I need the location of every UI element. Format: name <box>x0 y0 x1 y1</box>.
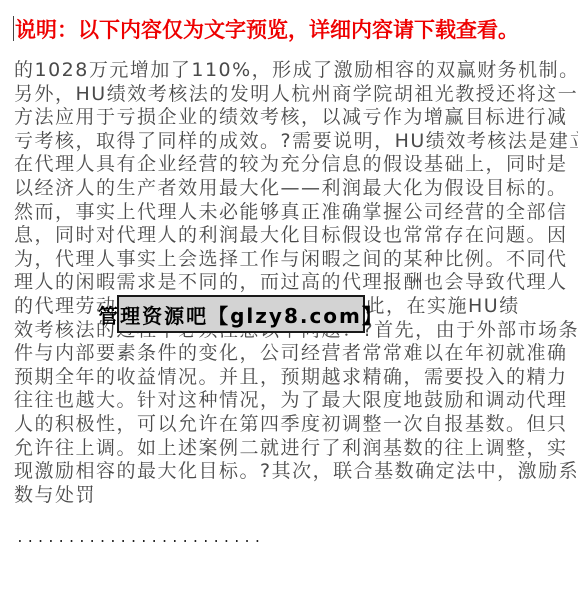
text-line: 息，同时对代理人的利润最大化目标假设也常常存在问题。因 <box>14 224 570 248</box>
document-body: 的1028万元增加了110%，形成了激励相容的双赢财务机制。? 另外，HU绩效考… <box>14 59 570 507</box>
text-line: 人的积极性，可以允许在第四季度初调整一次自报基数。但只 <box>14 413 570 437</box>
site-watermark-stamp: 管理资源吧【glzy8.com】 <box>117 295 365 333</box>
text-line: 为，代理人事实上会选择工作与闲暇之间的某种比例。不同代 <box>14 248 570 272</box>
truncation-dots: ........................ <box>16 531 264 546</box>
text-line: 在代理人具有企业经营的较为充分信息的假设基础上，同时是 <box>14 153 570 177</box>
document-preview-page: 说明：以下内容仅为文字预览，详细内容请下载查看。 的1028万元增加了110%，… <box>0 0 578 600</box>
text-cursor <box>13 16 14 41</box>
text-line: 方法应用于亏损企业的绩效考核，以减亏作为增赢目标进行减 <box>14 106 570 130</box>
text-line: 往往也越大。针对这种情况，为了最大限度地鼓励和调动代理 <box>14 389 570 413</box>
text-segment-right: 此，在实施HU绩 <box>366 295 520 317</box>
text-line: 预期全年的收益情况。并且，预期越求精确，需要投入的精力 <box>14 366 570 390</box>
text-line: 数与处罚 <box>14 484 570 508</box>
text-line: 现激励相容的最大化目标。?其次，联合基数确定法中，激励系 <box>14 460 570 484</box>
text-line: 允许往上调。如上述案例二就进行了利润基数的往上调整，实 <box>14 437 570 461</box>
text-line: 以经济人的生产者效用最大化——利润最大化为假设目标的。 <box>14 177 570 201</box>
preview-notice: 说明：以下内容仅为文字预览，详细内容请下载查看。 <box>15 14 519 44</box>
text-line: 亏考核，取得了同样的成效。?需要说明，HU绩效考核法是建立 <box>14 130 570 154</box>
text-line: 然而，事实上代理人未必能够真正准确掌握公司经营的全部信 <box>14 201 570 225</box>
text-line: 另外，HU绩效考核法的发明人杭州商学院胡祖光教授还将这一 <box>14 83 570 107</box>
text-line: 理人的闲暇需求是不同的，而过高的代理报酬也会导致代理人 <box>14 271 570 295</box>
text-line: 的1028万元增加了110%，形成了激励相容的双赢财务机制。? <box>14 59 570 83</box>
text-line: 件与内部要素条件的变化，公司经营者常常难以在年初就准确 <box>14 342 570 366</box>
